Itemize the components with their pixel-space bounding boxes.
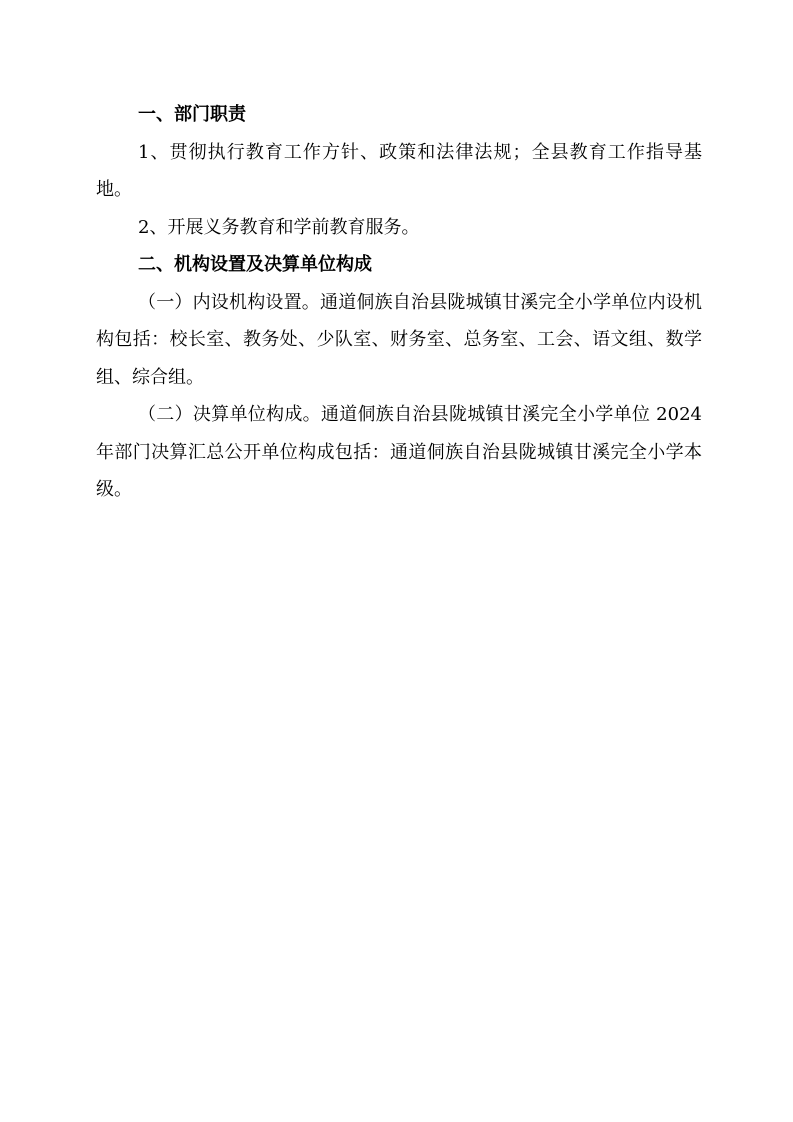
section-heading-organization-structure: 二、机构设置及决算单位构成 [96, 246, 702, 284]
document-page: 一、部门职责 1、贯彻执行教育工作方针、政策和法律法规；全县教育工作指导基地。 … [0, 0, 793, 1122]
paragraph-internal-organs: （一）内设机构设置。通道侗族自治县陇城镇甘溪完全小学单位内设机构包括：校长室、教… [96, 284, 702, 397]
paragraph-duty-2: 2、开展义务教育和学前教育服务。 [96, 209, 702, 247]
document-body: 一、部门职责 1、贯彻执行教育工作方针、政策和法律法规；全县教育工作指导基地。 … [96, 96, 702, 509]
paragraph-duty-1: 1、贯彻执行教育工作方针、政策和法律法规；全县教育工作指导基地。 [96, 134, 702, 209]
paragraph-accounting-units: （二）决算单位构成。通道侗族自治县陇城镇甘溪完全小学单位 2024 年部门决算汇… [96, 396, 702, 509]
section-heading-department-duties: 一、部门职责 [96, 96, 702, 134]
